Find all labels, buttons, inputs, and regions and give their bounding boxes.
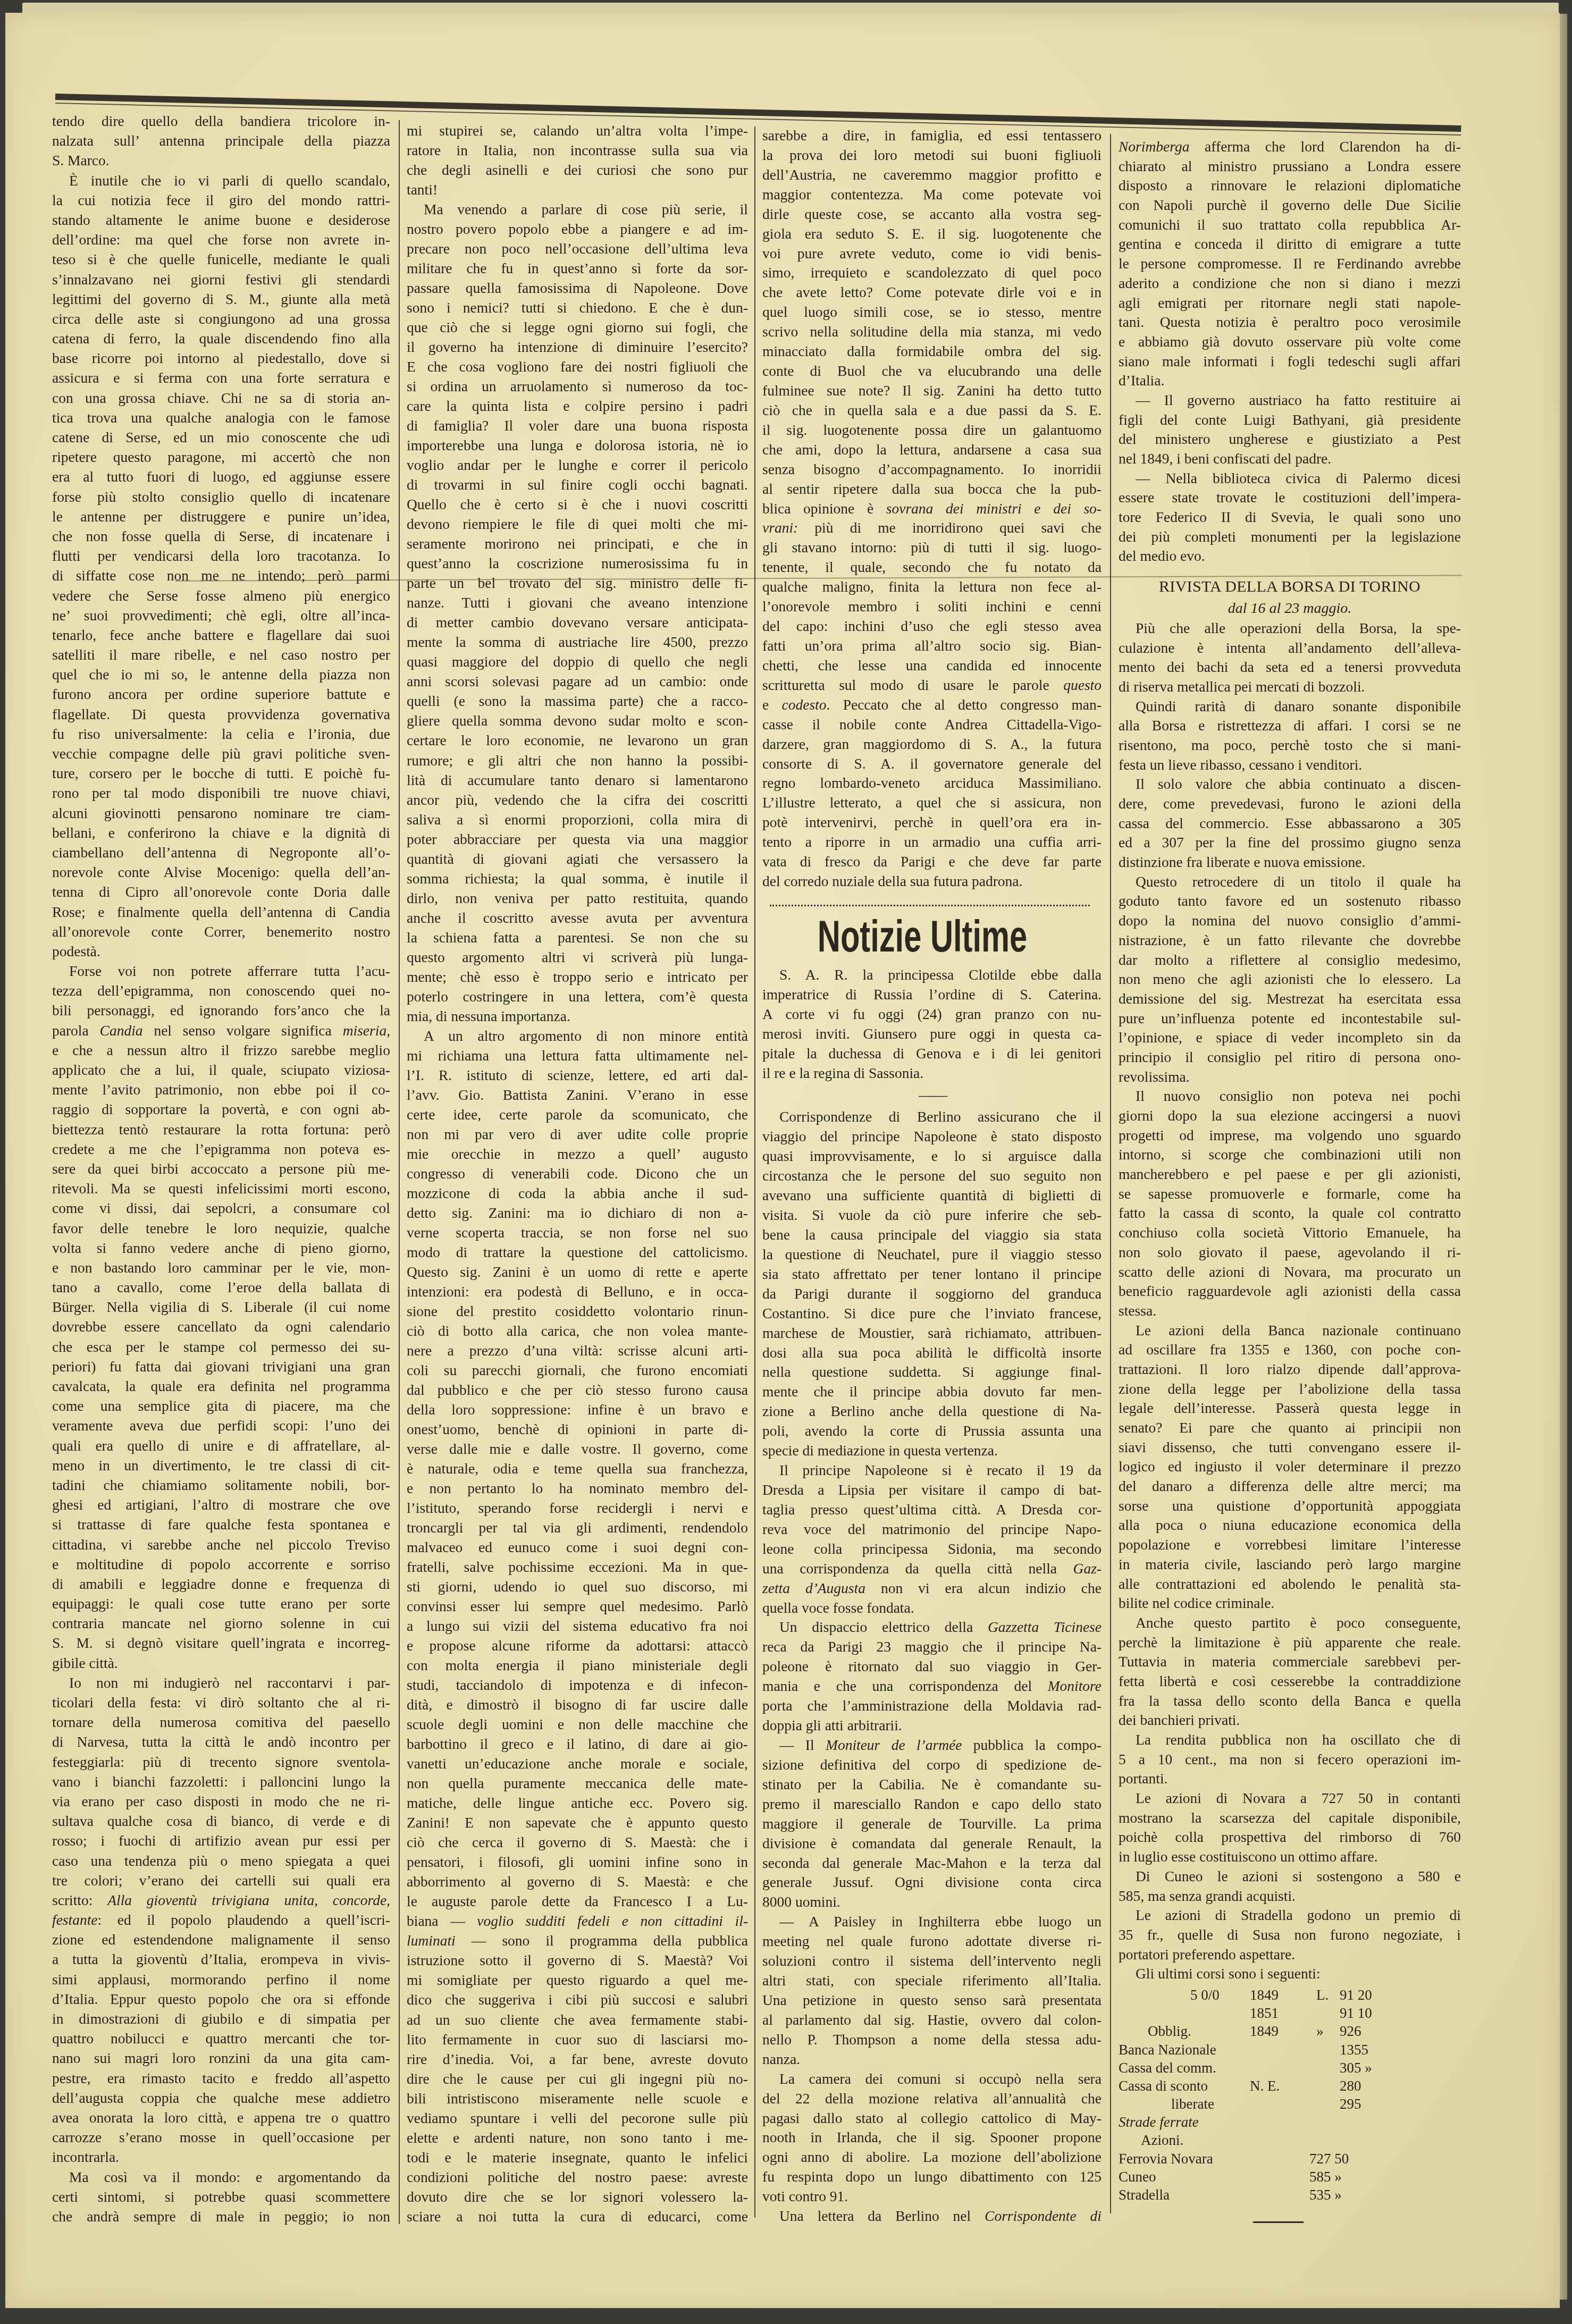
article-paragraph: Le azioni di Stradella godono un premio … [1119, 1906, 1461, 1964]
text-line: nella questione suddetta. Si aggiunge fi… [762, 1362, 1102, 1382]
text-line: era al tutto fuori di luogo, ed aggiunse… [52, 467, 390, 486]
article-paragraph: — Il governo austriaco ha fatto restitui… [1119, 391, 1461, 469]
text-line: — A Paisley in Inghilterra ebbe luogo un [762, 1912, 1102, 1932]
text-line: 35 fr., quelle di Susa non furono negozi… [1119, 1925, 1461, 1945]
text-line: bili intristiscono miseramente nelle scu… [407, 2089, 748, 2108]
italic-text: Norimberga [1119, 138, 1189, 155]
quote-value: 91 10 [1340, 2004, 1372, 2022]
text-line: bilite nel codice criminale. [1119, 1594, 1461, 1613]
text-line: zione della legge per l’abolizione della… [1119, 1379, 1461, 1399]
article-paragraph: S. A. R. la principessa Clotilde ebbe da… [762, 965, 1102, 1083]
article-paragraph: tendo dire quello della bandiera tricolo… [52, 111, 390, 171]
text-line: alla Borsa e ristrettezza di affari. I c… [1119, 716, 1461, 736]
text-line: ritevoli. Ma se questi infelicissimi mor… [52, 1178, 390, 1198]
text-line: del capo: inchini d’uso che egli stesso … [762, 617, 1102, 636]
text-line: l’avv. Gio. Battista Zanini. V’erano in … [407, 1085, 748, 1105]
italic-text: festante [52, 1912, 98, 1928]
stock-quotes-table: 5 0/0 1849 L. 91 20 1851 91 10 Obblig. 1… [1119, 1986, 1461, 2223]
quote-value: 585 » [1309, 2168, 1342, 2186]
italic-text: Gazzetta Ticinese [988, 1619, 1102, 1635]
text-line: ciò che cerca il governo di S. Maestà: c… [407, 1832, 748, 1852]
text-line: Forse voi non potrete afferrare tutta l’… [52, 961, 390, 981]
text-line: goduto tanto favore ed un sostenuto riba… [1119, 891, 1461, 911]
text-line: base ricorre poi intorno al piedestallo,… [52, 348, 390, 368]
article-paragraph: Il solo valore che abbia continuato a di… [1119, 774, 1461, 872]
text-line: mento dei bachi da seta ed a tenersi pro… [1119, 658, 1461, 677]
text-line: ad oscillare fra 1355 e 1360, con poche … [1119, 1340, 1461, 1360]
text-line: premo il maresciallo Randon e capo dello… [762, 1795, 1102, 1814]
text-line: sione del prestito cosiddetto volontario… [407, 1301, 748, 1321]
text-line: zione a Berlino anche della questione di… [762, 1402, 1102, 1421]
roman-text: più di me inorridirono quei savi che [798, 519, 1102, 536]
text-line: a tutta la gioventù d’Italia, erompeva i… [52, 1949, 390, 1969]
text-line: sarebbe a dire, in famiglia, ed essi ten… [762, 126, 1102, 146]
text-line: ciò che in quella sala e a due passi da … [762, 401, 1102, 420]
quote-row: Cassa del comm. 305 » [1119, 2059, 1461, 2077]
roman-text: nel senso volgare significa [143, 1022, 343, 1039]
text-line: perchè la limitazione è più apparente ch… [1119, 1633, 1461, 1653]
quote-row: 1851 91 10 [1119, 2004, 1461, 2022]
text-line: nanze. Tutti i giovani che aveano intenz… [407, 593, 748, 612]
text-line: chiarato al ministro prussiano a Londra … [1119, 157, 1461, 176]
quote-label: Banca Nazionale [1119, 2041, 1216, 2059]
text-line: bene la causa principale del viaggio sia… [762, 1225, 1102, 1245]
text-line: popolazione e vorrebbesi limitare l’inte… [1119, 1535, 1461, 1555]
text-line: gliere quella somma devono sudar molto e… [407, 711, 748, 730]
text-line: casse il nobile conte Andrea Cittadella-… [762, 715, 1102, 735]
text-line: al parlamento dal sig. Hastie, ovvero da… [762, 2010, 1102, 2030]
text-line: tenarlo, fece anche battere e flagellare… [52, 625, 390, 645]
column-subheading: dal 16 al 23 maggio. [1119, 599, 1461, 619]
roman-text: — sono il programma della pubblica [456, 1932, 748, 1949]
italic-text: codesto [781, 696, 826, 713]
text-line: conte di Buol che va elucubrando una del… [762, 361, 1102, 381]
article-paragraph: mi stupirei se, calando un’altra volta l… [407, 121, 748, 199]
railways-label: Strade ferrate [1119, 2113, 1199, 2131]
text-line: generale Jussuf. Ogni divisione conta ci… [762, 1873, 1102, 1892]
text-line: quelli (e sono la massima parte) che a r… [407, 691, 748, 711]
text-line: contraria mancate nel giorno solenne in … [52, 1613, 390, 1633]
railway-quote-row: Stradella 535 » [1119, 2186, 1461, 2204]
text-line: di amabili e leggiadre donne e frequenza… [52, 1574, 390, 1594]
quote-section-row: Strade ferrate [1119, 2113, 1461, 2131]
text-line: lito fermamente in cuor suo di lasciarsi… [407, 2030, 748, 2049]
text-line: del danaro a differenza delle altre merc… [1119, 1477, 1461, 1496]
text-line: dovrebbe essere cancellato da ogni calen… [52, 1317, 390, 1336]
text-line: zione ed estendendone malignamente il se… [52, 1930, 390, 1949]
text-line: nistrazione, è un fatto rilevante che do… [1119, 931, 1461, 950]
text-line: poleone è ritornato dal suo viaggio in G… [762, 1657, 1102, 1677]
text-line: fetta libertà e così cesserebbe la contr… [1119, 1672, 1461, 1691]
text-line: sultava qualche cosa di bianco, di verde… [52, 1811, 390, 1831]
text-line: vano i bianchi fazzoletti: i palloncini … [52, 1772, 390, 1791]
column-3: sarebbe a dire, in famiglia, ed essi ten… [762, 126, 1102, 2226]
text-line: distinzione fra liberate e nuova emissio… [1119, 853, 1461, 872]
text-line: sia stato affrettato per tener lontano i… [762, 1265, 1102, 1284]
text-line: risentono, ma poco, perchè tosto che si … [1119, 736, 1461, 755]
quote-label: Ferrovia Novara [1119, 2150, 1213, 2168]
text-line: dovuto dire che se lor signori volessero… [407, 2187, 748, 2207]
quote-section-row: Azioni. [1119, 2131, 1461, 2149]
text-line: Io non mi indugierò nel raccontarvi i pa… [52, 1673, 390, 1693]
text-line: Tuttavia in materia commerciale sarebbev… [1119, 1652, 1461, 1672]
text-line: è naturale, odia e teme quella sua franc… [407, 1459, 748, 1478]
text-line: le persone compromesse. Il re Ferdinando… [1119, 254, 1461, 274]
article-paragraph: Anche questo partito è poco conseguente,… [1119, 1613, 1461, 1730]
roman-text: blica opinione è [762, 500, 886, 517]
text-line: Di Cuneo le azioni si sostengono a 580 e [1119, 1867, 1461, 1887]
text-line: di metter cambio dovevano versare antici… [407, 612, 748, 632]
roman-text: e [762, 696, 781, 713]
italic-text: zetta d’Augusta [762, 1580, 865, 1596]
text-line: Ma così va il mondo: e argomentando da [52, 2167, 390, 2187]
text-line: merosi inviti. Giunsero pure oggi in que… [762, 1024, 1102, 1044]
text-line: del corredo nuziale della sua futura pad… [762, 872, 1102, 891]
quote-label: Stradella [1119, 2186, 1170, 2204]
text-line: pestre, era rimasto tacito e freddo all’… [52, 2068, 390, 2088]
text-line: viaggio del principe Napoleone è stato d… [762, 1127, 1102, 1147]
separator-dashes: — — [762, 1083, 1102, 1107]
text-line: senato? Ei pare che quanto ai principii … [1119, 1418, 1461, 1438]
text-line: ghesi ed artigiani, l’altro di mostrare … [52, 1495, 390, 1514]
text-line: parte un bel trovato del sig. ministro d… [407, 573, 748, 593]
text-line: d’Italia. [1119, 371, 1461, 391]
text-line: logico ed ingiusto il voler determinare … [1119, 1457, 1461, 1477]
text-line: cavalcata, la quale era definita nel pro… [52, 1376, 390, 1396]
text-line: voti contro 91. [762, 2187, 1102, 2207]
text-line: ne’ suoi provvedimenti; chè egli, oltre … [52, 605, 390, 625]
italic-text: questo [1063, 677, 1102, 693]
shares-label: Azioni. [1141, 2131, 1183, 2149]
text-line: poterlo costringere in una lettera, com’… [407, 987, 748, 1006]
text-line: tenna di Cipro all’onorevole conte Doria… [52, 882, 390, 902]
text-line: tornare della numerosa comitiva del paes… [52, 1712, 390, 1732]
text-line: dirlo, non veniva per patto restituita, … [407, 888, 748, 908]
text-line: all’onorevole conte Correr, benemerito n… [52, 922, 390, 941]
text-line: bili personaggi, ed ignorando fors’anco … [52, 1000, 390, 1020]
text-line: matiche, delle lingue antiche ecc. Pover… [407, 1793, 748, 1813]
roman-text: Un dispaccio elettrico della [779, 1619, 988, 1635]
text-line: nere a prezzo d’una viltà: scrisse alcun… [407, 1341, 748, 1360]
quote-label: 5 0/0 [1190, 1986, 1220, 2004]
text-line: gentina e conceda il diritto di emigrare… [1119, 234, 1461, 254]
ornamental-rule [770, 905, 1090, 906]
text-line: con Napoli purchè il governo delle Due S… [1119, 196, 1461, 215]
text-line: convinsi esser lui sempre quel medesimo.… [407, 1596, 748, 1616]
text-line: minacciato dalla formidabile ombra del s… [762, 342, 1102, 361]
text-line: Ma venendo a parlare di cose più serie, … [407, 199, 748, 219]
text-line: legale dell’interesse. Passerà questa le… [1119, 1399, 1461, 1418]
text-line: dal pubblico e che per ciò stesso furono… [407, 1380, 748, 1400]
text-line: la prova dei loro metodi sui buoni figli… [762, 146, 1102, 165]
article-paragraph: Di Cuneo le azioni si sostengono a 580 e… [1119, 1867, 1461, 1906]
text-line: pensatori, i filosofi, gli uomini infine… [407, 1852, 748, 1872]
article-paragraph: La camera dei comuni si occupò nella ser… [762, 2069, 1102, 2207]
text-line: verse dalle mie e dalle vostre. Il gover… [407, 1439, 748, 1459]
column-divider [399, 120, 400, 2224]
text-line: siano male informati i fogli tedeschi su… [1119, 352, 1461, 372]
text-line: verne scoperta traccia, se non forse nel… [407, 1223, 748, 1242]
text-line: del medio evo. [1119, 546, 1461, 566]
article-paragraph: — Il Moniteur de l’armée pubblica la com… [762, 1736, 1102, 1912]
text-line: dosi alla sua poca abilità le difficoltà… [762, 1343, 1102, 1363]
text-line: Norimberga afferma che lord Clarendon ha… [1119, 137, 1461, 157]
text-line: Più che alle operazioni della Borsa, la … [1119, 619, 1461, 638]
text-line: fra la tassa dello sconto della Banca e … [1119, 1691, 1461, 1711]
railway-quote-row: Cuneo 585 » [1119, 2168, 1461, 2186]
text-line: tadini che chiamiamo solitamente nobili,… [52, 1475, 390, 1495]
text-line: le auguste parole dette da Francesco I a… [407, 1891, 748, 1911]
text-line: che ami, dopo la lettura, andarsene a ca… [762, 440, 1102, 460]
railway-quote-row: Ferrovia Novara 727 50 [1119, 2150, 1461, 2168]
roman-text: non vi era alcun indizio che [865, 1580, 1102, 1596]
text-line: Il principe Napoleone si è recato il 19 … [762, 1461, 1102, 1480]
text-line: l’onorevole membro i soliti inchini e ce… [762, 597, 1102, 617]
text-line: veramente aveva due perfidi scopi: l’uno… [52, 1416, 390, 1435]
text-line: altri stati, con speciale riferimento al… [762, 1971, 1102, 1991]
text-line: S. Marco. [52, 150, 390, 170]
quote-row: Banca Nazionale 1355 [1119, 2041, 1461, 2059]
text-line: militare che fu in quest’anno sì forte d… [407, 258, 748, 278]
text-line: darzere, gran maggiordomo di S. A., la f… [762, 735, 1102, 754]
italic-text: Gaz- [1073, 1560, 1102, 1577]
text-line: sono i nemici? tutti si chiedono. E che … [407, 298, 748, 317]
text-line: del ministero ungherese e giustiziato a … [1119, 430, 1461, 449]
text-line: pagasi dallo stato al collegio cattolico… [762, 2109, 1102, 2128]
text-line: come una semplice gita di piacere, ma ch… [52, 1396, 390, 1416]
quote-value: 535 » [1309, 2186, 1342, 2204]
text-line: Una lettera da Berlino nel Corrispondent… [762, 2207, 1102, 2226]
text-line: e propose alcune riforme da adottarsi: a… [407, 1636, 748, 1655]
text-line: bellani, e conferirono la chiave e la di… [52, 823, 390, 843]
text-line: Le azioni della Banca nazionale continua… [1119, 1321, 1461, 1341]
italic-text: vrani: [762, 519, 798, 536]
text-line: e non bastando loro camminar per le vie,… [52, 1258, 390, 1277]
text-line: zetta d’Augusta non vi era alcun indizio… [762, 1579, 1102, 1598]
italic-text: Corrispondente di [985, 2208, 1102, 2224]
text-line: Quello che è certo si è che i nuovi cosc… [407, 494, 748, 514]
text-line: furono ancora per ordine superiore battu… [52, 684, 390, 704]
text-line: questo argomento altri vi scriverà più l… [407, 947, 748, 967]
text-line: non mi par vero di aver udite colle prop… [407, 1124, 748, 1144]
text-line: portatori preferendo aspettare. [1119, 1945, 1461, 1965]
text-line: gibile città. [52, 1653, 390, 1673]
quote-value: 295 [1340, 2095, 1361, 2113]
text-line: forse più stolto consiglio quello di inc… [52, 487, 390, 507]
text-line: divisione è comandata dal generale Renau… [762, 1834, 1102, 1854]
article-paragraph: Forse voi non potrete afferrare tutta l’… [52, 961, 390, 1673]
quote-year: N. E. [1250, 2077, 1280, 2095]
text-line: meno in un divertimento, le tre classi d… [52, 1455, 390, 1475]
text-line: La camera dei comuni si occupò nella ser… [762, 2069, 1102, 2089]
text-line: scritto: Alla gioventù trivigiana unita,… [52, 1890, 390, 1910]
text-line: ed a 307 per la fine del prossimo giugno… [1119, 833, 1461, 853]
section-heading: Notizie Ultime [795, 914, 1050, 958]
text-line: che esca per le stampe col permesso dei … [52, 1337, 390, 1357]
text-line: mancherebbero e pel paese e per gli azio… [1119, 1165, 1461, 1184]
text-line: del 22 della mozione relativa all’annual… [762, 2089, 1102, 2109]
article-paragraph: Più che alle operazioni della Borsa, la … [1119, 619, 1461, 697]
text-line: todi e le materie insegnate, quanto le i… [407, 2148, 748, 2167]
text-line: senza bisogno d’accompagnamento. Io inor… [762, 460, 1102, 479]
text-line: che avete letto? Come potevate dirle voi… [762, 283, 1102, 302]
text-line: Le azioni di Stradella godono un premio … [1119, 1906, 1461, 1925]
text-line: con molta energia il piano ministeriale … [407, 1655, 748, 1675]
text-line: seramente morirono nei principati, e che… [407, 534, 748, 553]
text-line: nostro povero popolo ebbe a piangere e a… [407, 219, 748, 239]
quote-value: 280 [1340, 2077, 1361, 2095]
text-line: vrani: più di me inorridirono quei savi … [762, 518, 1102, 538]
text-line: che andrà sempre di male in peggio; io n… [52, 2207, 390, 2226]
text-line: A un altro argomento di non minore entit… [407, 1026, 748, 1046]
text-line: sciare a noi tutta la cura di educarci, … [407, 2207, 748, 2226]
text-line: dopo la nomina del nuovo consiglio d’amm… [1119, 911, 1461, 931]
text-line: potè intervenirvi, perchè in quell’ora e… [762, 813, 1102, 832]
text-line: assicura e si ferma con una forte serrat… [52, 368, 390, 388]
text-line: credete a me che l’epigramma non poteva … [52, 1139, 390, 1159]
article-paragraph: Ma venendo a parlare di cose più serie, … [407, 199, 748, 1026]
text-line: di siffatte cose non me ne intendo; però… [52, 566, 390, 585]
text-line: periori) fu fatta dai giovani trivigiani… [52, 1357, 390, 1376]
text-line: vediamo spuntare i velli del pecorone su… [407, 2108, 748, 2128]
text-line: anni scorsi solevasi pagare ad un cambio… [407, 671, 748, 691]
quote-label: Obblig. [1148, 2022, 1191, 2040]
article-paragraph: Questo retrocedere di un titolo il quale… [1119, 872, 1461, 1087]
text-line: quel luogo simili cose, se io stesso, me… [762, 302, 1102, 322]
text-line: chetti, che lesse una candida ed innocen… [762, 656, 1102, 676]
text-line: abborrimento al governo di S. Maestà: e … [407, 1872, 748, 1891]
text-line: di Narvesa, tutta la città le andò incon… [52, 1732, 390, 1752]
text-line: siavi dissenso, che tutti convengano ess… [1119, 1438, 1461, 1458]
text-line: Il solo valore che abbia continuato a di… [1119, 774, 1461, 794]
text-line: applicato che a lui, il quale, sciupato … [52, 1060, 390, 1080]
text-line: podestà. [52, 941, 390, 961]
text-line: comunichi il suo trattato colla repubbli… [1119, 215, 1461, 235]
text-line: mente; chè esso è troppo serio e intrica… [407, 967, 748, 987]
text-line: cassa del commercio. Esse abbassarono a … [1119, 814, 1461, 833]
roman-text: una corrispondenza da quella città nella [762, 1560, 1073, 1577]
text-line: catena di ferro, la quale discendendo fi… [52, 329, 390, 348]
text-line: biana — voglio sudditi fedeli e non citt… [407, 1911, 748, 1931]
text-line: lità di accumulare tanto denaro si lamen… [407, 770, 748, 790]
text-line: demissione del sig. Mestrezat ha esercit… [1119, 989, 1461, 1009]
column-divider [1110, 134, 1111, 2213]
text-line: — Nella biblioteca civica di Palermo dic… [1119, 469, 1461, 489]
text-line: E che cosa vogliono fare dei nostri figl… [407, 357, 748, 376]
text-line: quest’anno la coscrizione numerosissima … [407, 553, 748, 573]
text-line: tre colori; v’erano dei cartelli sui qua… [52, 1871, 390, 1890]
text-line: taglia presso quest’ultima città. A Dres… [762, 1500, 1102, 1520]
text-line: si trattasse di fare qualche festa spont… [52, 1514, 390, 1534]
text-line: dere, come prevedevasi, furono le azioni… [1119, 794, 1461, 814]
text-line: coli su parecchi giornali, che furono en… [407, 1360, 748, 1380]
text-line: incontrarla. [52, 2147, 390, 2167]
text-line: favor delle tenebre le loro nequizie, qu… [52, 1218, 390, 1238]
quote-label: Cassa di sconto [1119, 2077, 1208, 2095]
text-line: quel che io mi so, le antenne della piaz… [52, 664, 390, 684]
article-paragraph: È inutile che io vi parli di quello scan… [52, 171, 390, 962]
roman-text: , [386, 1022, 390, 1039]
text-line: quattro nobilucci e quattro mercanti che… [52, 2028, 390, 2048]
roman-text: afferma che lord Clarendon ha di- [1189, 138, 1461, 155]
text-line: La rendita pubblica non ha oscillato che… [1119, 1730, 1461, 1750]
text-line: principio il consiglio pel ritiro di per… [1119, 1048, 1461, 1067]
text-line: catene di Serse, ed un mio conoscente ch… [52, 427, 390, 447]
text-line: detto sig. Zanini: ma io dichiaro di non… [407, 1203, 748, 1223]
text-line: s’innalzavano nei giorni festivi gli ste… [52, 270, 390, 289]
text-line: flutti per vendicarsi della loro tracota… [52, 546, 390, 566]
text-line: norevole conte Alvise Mocenigo: quella d… [52, 862, 390, 882]
text-line: e moltitudine di popolo accorrente e sor… [52, 1554, 390, 1574]
article-paragraph: Ma così va il mondo: e argomentando dace… [52, 2167, 390, 2227]
quote-value: 305 » [1340, 2059, 1372, 2077]
text-line: vecchie compagne delle più gravi politic… [52, 744, 390, 763]
text-line: rosso; i fuochi di artifizio avean pur e… [52, 1831, 390, 1850]
text-line: 5 a 10 cent., ma non si fecero operazion… [1119, 1750, 1461, 1770]
text-line: seconda dal generale Mac-Mahon e la terz… [762, 1854, 1102, 1873]
text-line: imperatrice di Russia l’ordine di S. Cat… [762, 985, 1102, 1005]
text-line: in dimostrazioni di giubilo e di simpati… [52, 2009, 390, 2028]
article-paragraph: Un dispaccio elettrico della Gazzetta Ti… [762, 1618, 1102, 1736]
text-line: reva voce del matrimonio del principe Na… [762, 1520, 1102, 1539]
text-line: nel 1849, i beni confiscati del padre. [1119, 449, 1461, 469]
text-line: aderito a condizione che non si diano i … [1119, 274, 1461, 293]
text-line: scrivo nella solitudine della mia stanza… [762, 322, 1102, 342]
text-line: fulminee sue note? Il sig. Zanini ha det… [762, 381, 1102, 401]
italic-text: sovrana dei ministri e dei so- [886, 500, 1102, 517]
text-line: troncargli per tal via gli ardimenti, re… [407, 1518, 748, 1537]
text-line: saliva a sì enormi proporzioni, colla mi… [407, 810, 748, 829]
text-line: beneficio ragguardevole agli azionisti d… [1119, 1282, 1461, 1301]
quote-value: 727 50 [1309, 2150, 1349, 2168]
italic-text: miseria [343, 1022, 387, 1039]
text-line: modo di trattare la questione del cattol… [407, 1242, 748, 1262]
quote-year: 1851 [1250, 2004, 1279, 2022]
text-line: L’illustre letterato, a quel che si assi… [762, 793, 1102, 813]
text-line: revolissima. [1119, 1067, 1461, 1087]
roman-text: pubblica la compo- [962, 1737, 1102, 1753]
text-line: Dresda a Lipsia per visitare il campo di… [762, 1480, 1102, 1500]
text-line: mente che il principe abbia dovuto far m… [762, 1382, 1102, 1402]
text-line: precare non poco nell’occasione dell’ult… [407, 239, 748, 258]
text-line: quantità di giovani agiati che versasser… [407, 849, 748, 869]
text-line: poli, avendo la corte di Prussia assunta… [762, 1421, 1102, 1441]
text-line: non meno che agli azionisti che lo eless… [1119, 970, 1461, 989]
text-line: mi stupirei se, calando un’altra volta l… [407, 121, 748, 140]
text-line: dire che le cause per cui gli ingegni pi… [407, 2069, 748, 2089]
text-line: fatti un’ora prima all’altro socio sig. … [762, 636, 1102, 656]
text-line: circa delle aste si congiungono ad una g… [52, 309, 390, 329]
text-line: porta che l’amministrazione della Moldav… [762, 1696, 1102, 1716]
text-line: Costantino. Si dice pure che l’inviato f… [762, 1304, 1102, 1324]
text-line: ad un suo cliente che avea fermamente st… [407, 2010, 748, 2030]
text-line: ancor più, vedendo che la cifra dei cosc… [407, 790, 748, 810]
text-line: non solo giovato il paese, agevolando il… [1119, 1243, 1461, 1262]
text-line: visita. Si vuole da ciò pure inferire ch… [762, 1206, 1102, 1225]
text-line: simi applausi, mormorando perfino il nom… [52, 1969, 390, 1989]
text-line: intorno, si scorge che combinazioni util… [1119, 1145, 1461, 1165]
text-line: portanti. [1119, 1769, 1461, 1789]
text-line: Corrispondenze di Berlino assicurano che… [762, 1107, 1102, 1127]
column-2: mi stupirei se, calando un’altra volta l… [407, 121, 748, 2226]
article-paragraph: Io non mi indugierò nel raccontarvi i pa… [52, 1673, 390, 2167]
text-line: Questo retrocedere di un titolo il quale… [1119, 872, 1461, 892]
text-line: e che a nessun altro il frizzo sarebbe m… [52, 1040, 390, 1060]
text-line: ticolari della festa: vi dirò soltanto c… [52, 1693, 390, 1712]
roman-text: . Peccato che al detto congresso man- [827, 696, 1102, 713]
article-paragraph: sarebbe a dire, in famiglia, ed essi ten… [762, 126, 1102, 891]
text-line: doppia gli atti arbitrarii. [762, 1716, 1102, 1736]
